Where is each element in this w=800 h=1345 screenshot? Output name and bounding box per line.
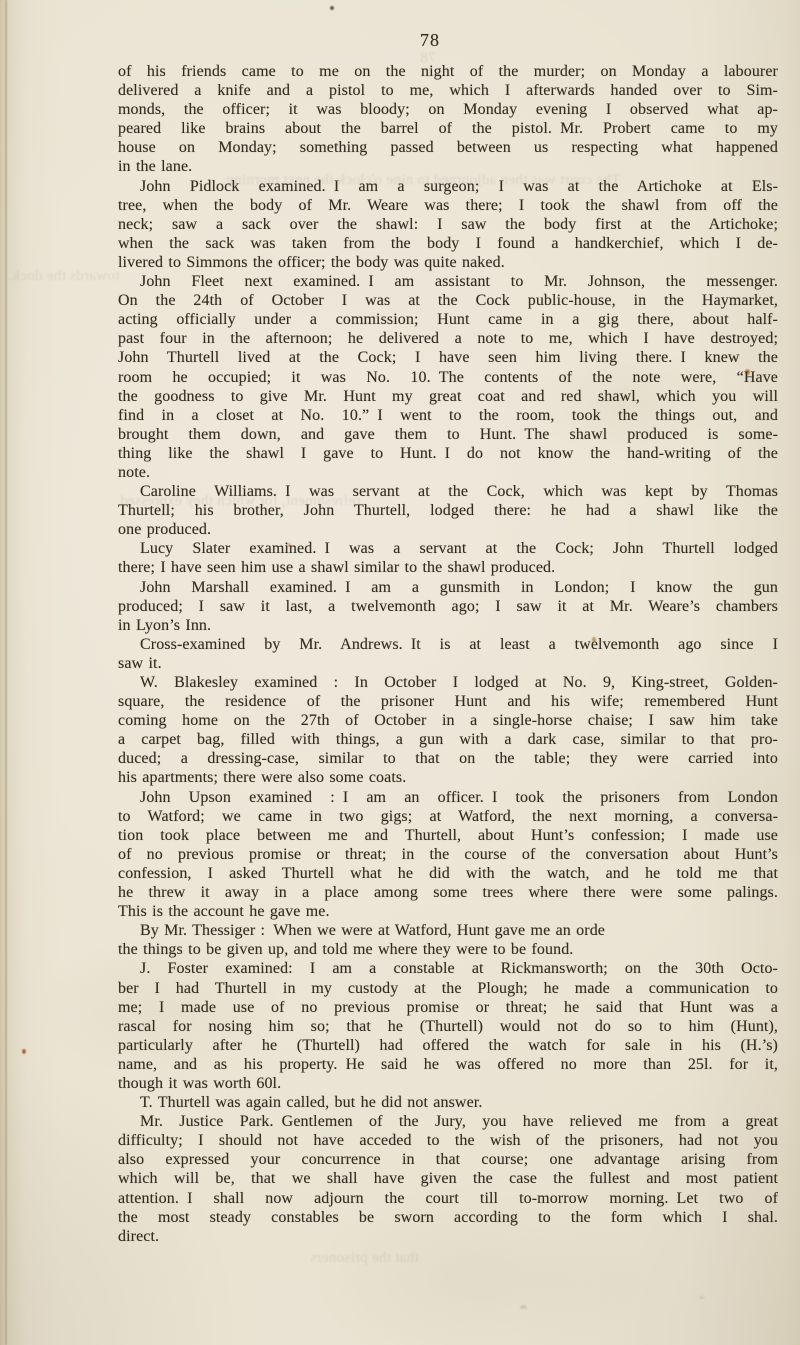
text-line: me; I made use of no previous promise or…	[118, 998, 778, 1017]
text-line: John Marshall examined. I am a gunsmith …	[118, 578, 778, 597]
text-line: which will be, that we shall have given …	[118, 1169, 778, 1188]
text-line: he threw it away in a place among some t…	[118, 883, 778, 902]
text-line: monds, the officer; it was bloody; on Mo…	[118, 100, 778, 119]
text-line: duced; a dressing-case, similar to that …	[118, 749, 778, 768]
text-line: house on Monday; something passed betwee…	[118, 138, 778, 157]
text-line: room he occupied; it was No. 10. The con…	[118, 368, 778, 387]
text-line: note.	[118, 463, 778, 482]
text-line: acting officially under a commission; Hu…	[118, 310, 778, 329]
text-line: W. Blakesley examined : In October I lod…	[118, 673, 778, 692]
text-line: produced; I saw it last, a twelvemonth a…	[118, 597, 778, 616]
text-line: when the sack was taken from the body I …	[118, 234, 778, 253]
paper-speck	[520, 1305, 527, 1309]
paragraph: J. Foster examined: I am a constable at …	[118, 959, 778, 1093]
paragraph: of his friends came to me on the night o…	[118, 62, 778, 177]
paragraph: Lucy Slater examined. I was a servant at…	[118, 539, 778, 577]
text-line: Lucy Slater examined. I was a servant at…	[118, 539, 778, 558]
text-line: Cross-examined by Mr. Andrews. It is at …	[118, 635, 778, 654]
text-line: past four in the afternoon; he delivered…	[118, 329, 778, 348]
bleedthrough-line: towards the dock.	[8, 268, 119, 285]
book-page-scan: 78 of his friends came to me on the nigh…	[0, 0, 800, 1345]
text-line: John Fleet next examined. I am assistant…	[118, 272, 778, 291]
text-line: the most steady constables be sworn acco…	[118, 1208, 778, 1227]
bleedthrough-line: that the prisoners	[310, 1250, 419, 1267]
page-text-block: of his friends came to me on the night o…	[118, 62, 778, 1246]
text-line: in the lane.	[118, 157, 778, 176]
text-line: confession, I asked Thurtell what he did…	[118, 864, 778, 883]
text-line: direct.	[118, 1227, 778, 1246]
text-line: livered to Simmons the officer; the body…	[118, 253, 778, 272]
text-line: rascal for nosing him so; that he (Thurt…	[118, 1017, 778, 1036]
paragraph: John Pidlock examined. I am a surgeon; I…	[118, 177, 778, 272]
paragraph: John Marshall examined. I am a gunsmith …	[118, 578, 778, 635]
text-line: attention. I shall now adjourn the court…	[118, 1189, 778, 1208]
text-line: John Upson examined : I am an officer. I…	[118, 788, 778, 807]
text-line: Mr. Justice Park. Gentlemen of the Jury,…	[118, 1112, 778, 1131]
text-line: On the 24th of October I was at the Cock…	[118, 291, 778, 310]
text-line: though it was worth 60l.	[118, 1074, 778, 1093]
text-line: of no previous promise or threat; in the…	[118, 845, 778, 864]
text-line: Thurtell; his brother, John Thurtell, lo…	[118, 501, 778, 520]
text-line: tion took place between me and Thurtell,…	[118, 826, 778, 845]
text-line: find in a closet at No. 10.” I went to t…	[118, 406, 778, 425]
paper-speck	[330, 6, 334, 10]
text-line: difficulty; I should not have acceded to…	[118, 1131, 778, 1150]
text-line: in Lyon’s Inn.	[118, 616, 778, 635]
text-line: to Watford; we came in two gigs; at Watf…	[118, 807, 778, 826]
text-line: a carpet bag, filled with things, a gun …	[118, 730, 778, 749]
paragraph: T. Thurtell was again called, but he did…	[118, 1093, 778, 1112]
foxing-spot	[22, 1049, 26, 1054]
text-line: neck; saw a sack over the shawl: I saw t…	[118, 215, 778, 234]
text-line: name, and as his property. He said he wa…	[118, 1055, 778, 1074]
text-line: square, the residence of the prisoner Hu…	[118, 692, 778, 711]
text-line: thing like the shawl I gave to Hunt. I d…	[118, 444, 778, 463]
text-line: ber I had Thurtell in my custody at the …	[118, 979, 778, 998]
text-line: peared like brains about the barrel of t…	[118, 119, 778, 138]
paragraph: John Upson examined : I am an officer. I…	[118, 788, 778, 922]
text-line: This is the account he gave me.	[118, 902, 778, 921]
text-line: coming home on the 27th of October in a …	[118, 711, 778, 730]
text-line: By Mr. Thessiger : When we were at Watfo…	[118, 921, 778, 940]
page-number: 78	[118, 30, 742, 51]
text-line: saw it.	[118, 654, 778, 673]
text-line: his apartments; there were also some coa…	[118, 768, 778, 787]
text-line: brought them down, and gave them to Hunt…	[118, 425, 778, 444]
text-line: delivered a knife and a pistol to me, wh…	[118, 81, 778, 100]
text-line: one produced.	[118, 520, 778, 539]
text-line: Caroline Williams. I was servant at the …	[118, 482, 778, 501]
text-line: tree, when the body of Mr. Weare was the…	[118, 196, 778, 215]
text-line: J. Foster examined: I am a constable at …	[118, 959, 778, 978]
text-line: the goodness to give Mr. Hunt my great c…	[118, 387, 778, 406]
text-line: T. Thurtell was again called, but he did…	[118, 1093, 778, 1112]
text-line: the things to be given up, and told me w…	[118, 940, 778, 959]
paragraph: Mr. Justice Park. Gentlemen of the Jury,…	[118, 1112, 778, 1246]
paragraph: Caroline Williams. I was servant at the …	[118, 482, 778, 539]
text-line: particularly after he (Thurtell) had off…	[118, 1036, 778, 1055]
text-line: of his friends came to me on the night o…	[118, 62, 778, 81]
text-line: John Thurtell lived at the Cock; I have …	[118, 348, 778, 367]
paragraph: By Mr. Thessiger : When we were at Watfo…	[118, 921, 778, 959]
paragraph: Cross-examined by Mr. Andrews. It is at …	[118, 635, 778, 673]
paragraph: John Fleet next examined. I am assistant…	[118, 272, 778, 482]
text-line: John Pidlock examined. I am a surgeon; I…	[118, 177, 778, 196]
paragraph: W. Blakesley examined : In October I lod…	[118, 673, 778, 788]
paper-speck	[699, 1296, 705, 1299]
text-line: also expressed your concurrence in that …	[118, 1150, 778, 1169]
text-line: there; I have seen him use a shawl simil…	[118, 558, 778, 577]
